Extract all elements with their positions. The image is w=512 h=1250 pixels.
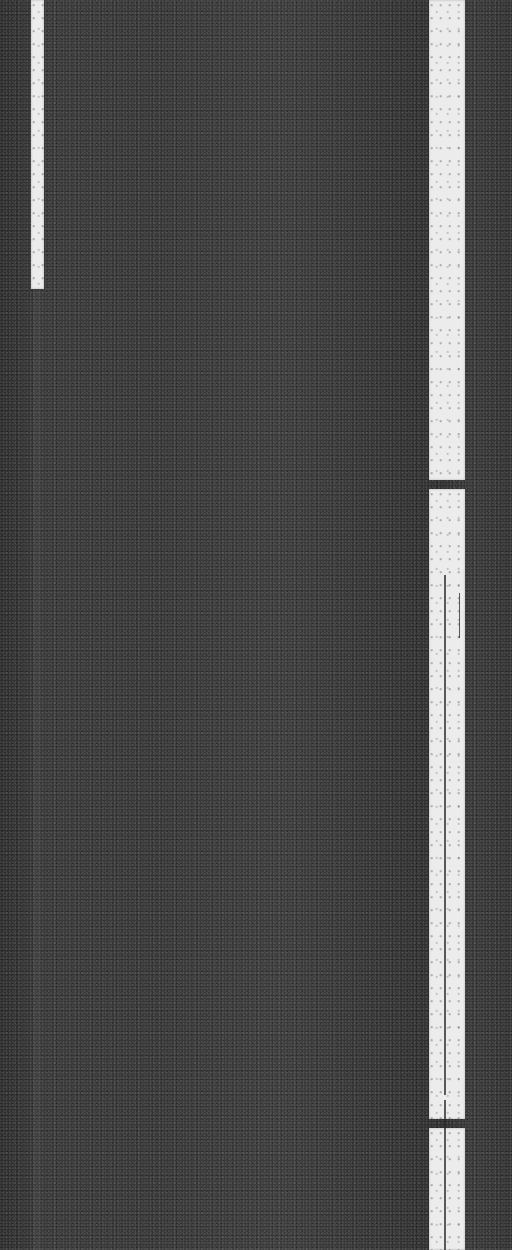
wheel-track xyxy=(30,290,44,1250)
pavement-crack xyxy=(444,575,446,1095)
right-lane-line-segment xyxy=(429,0,465,480)
pavement-crack xyxy=(459,593,460,638)
left-edge-line xyxy=(31,0,44,289)
right-lane-line-segment xyxy=(429,1128,465,1250)
road-surface xyxy=(0,0,512,1250)
right-lane-line-segment xyxy=(429,489,465,1119)
pavement-crack xyxy=(444,1100,446,1250)
